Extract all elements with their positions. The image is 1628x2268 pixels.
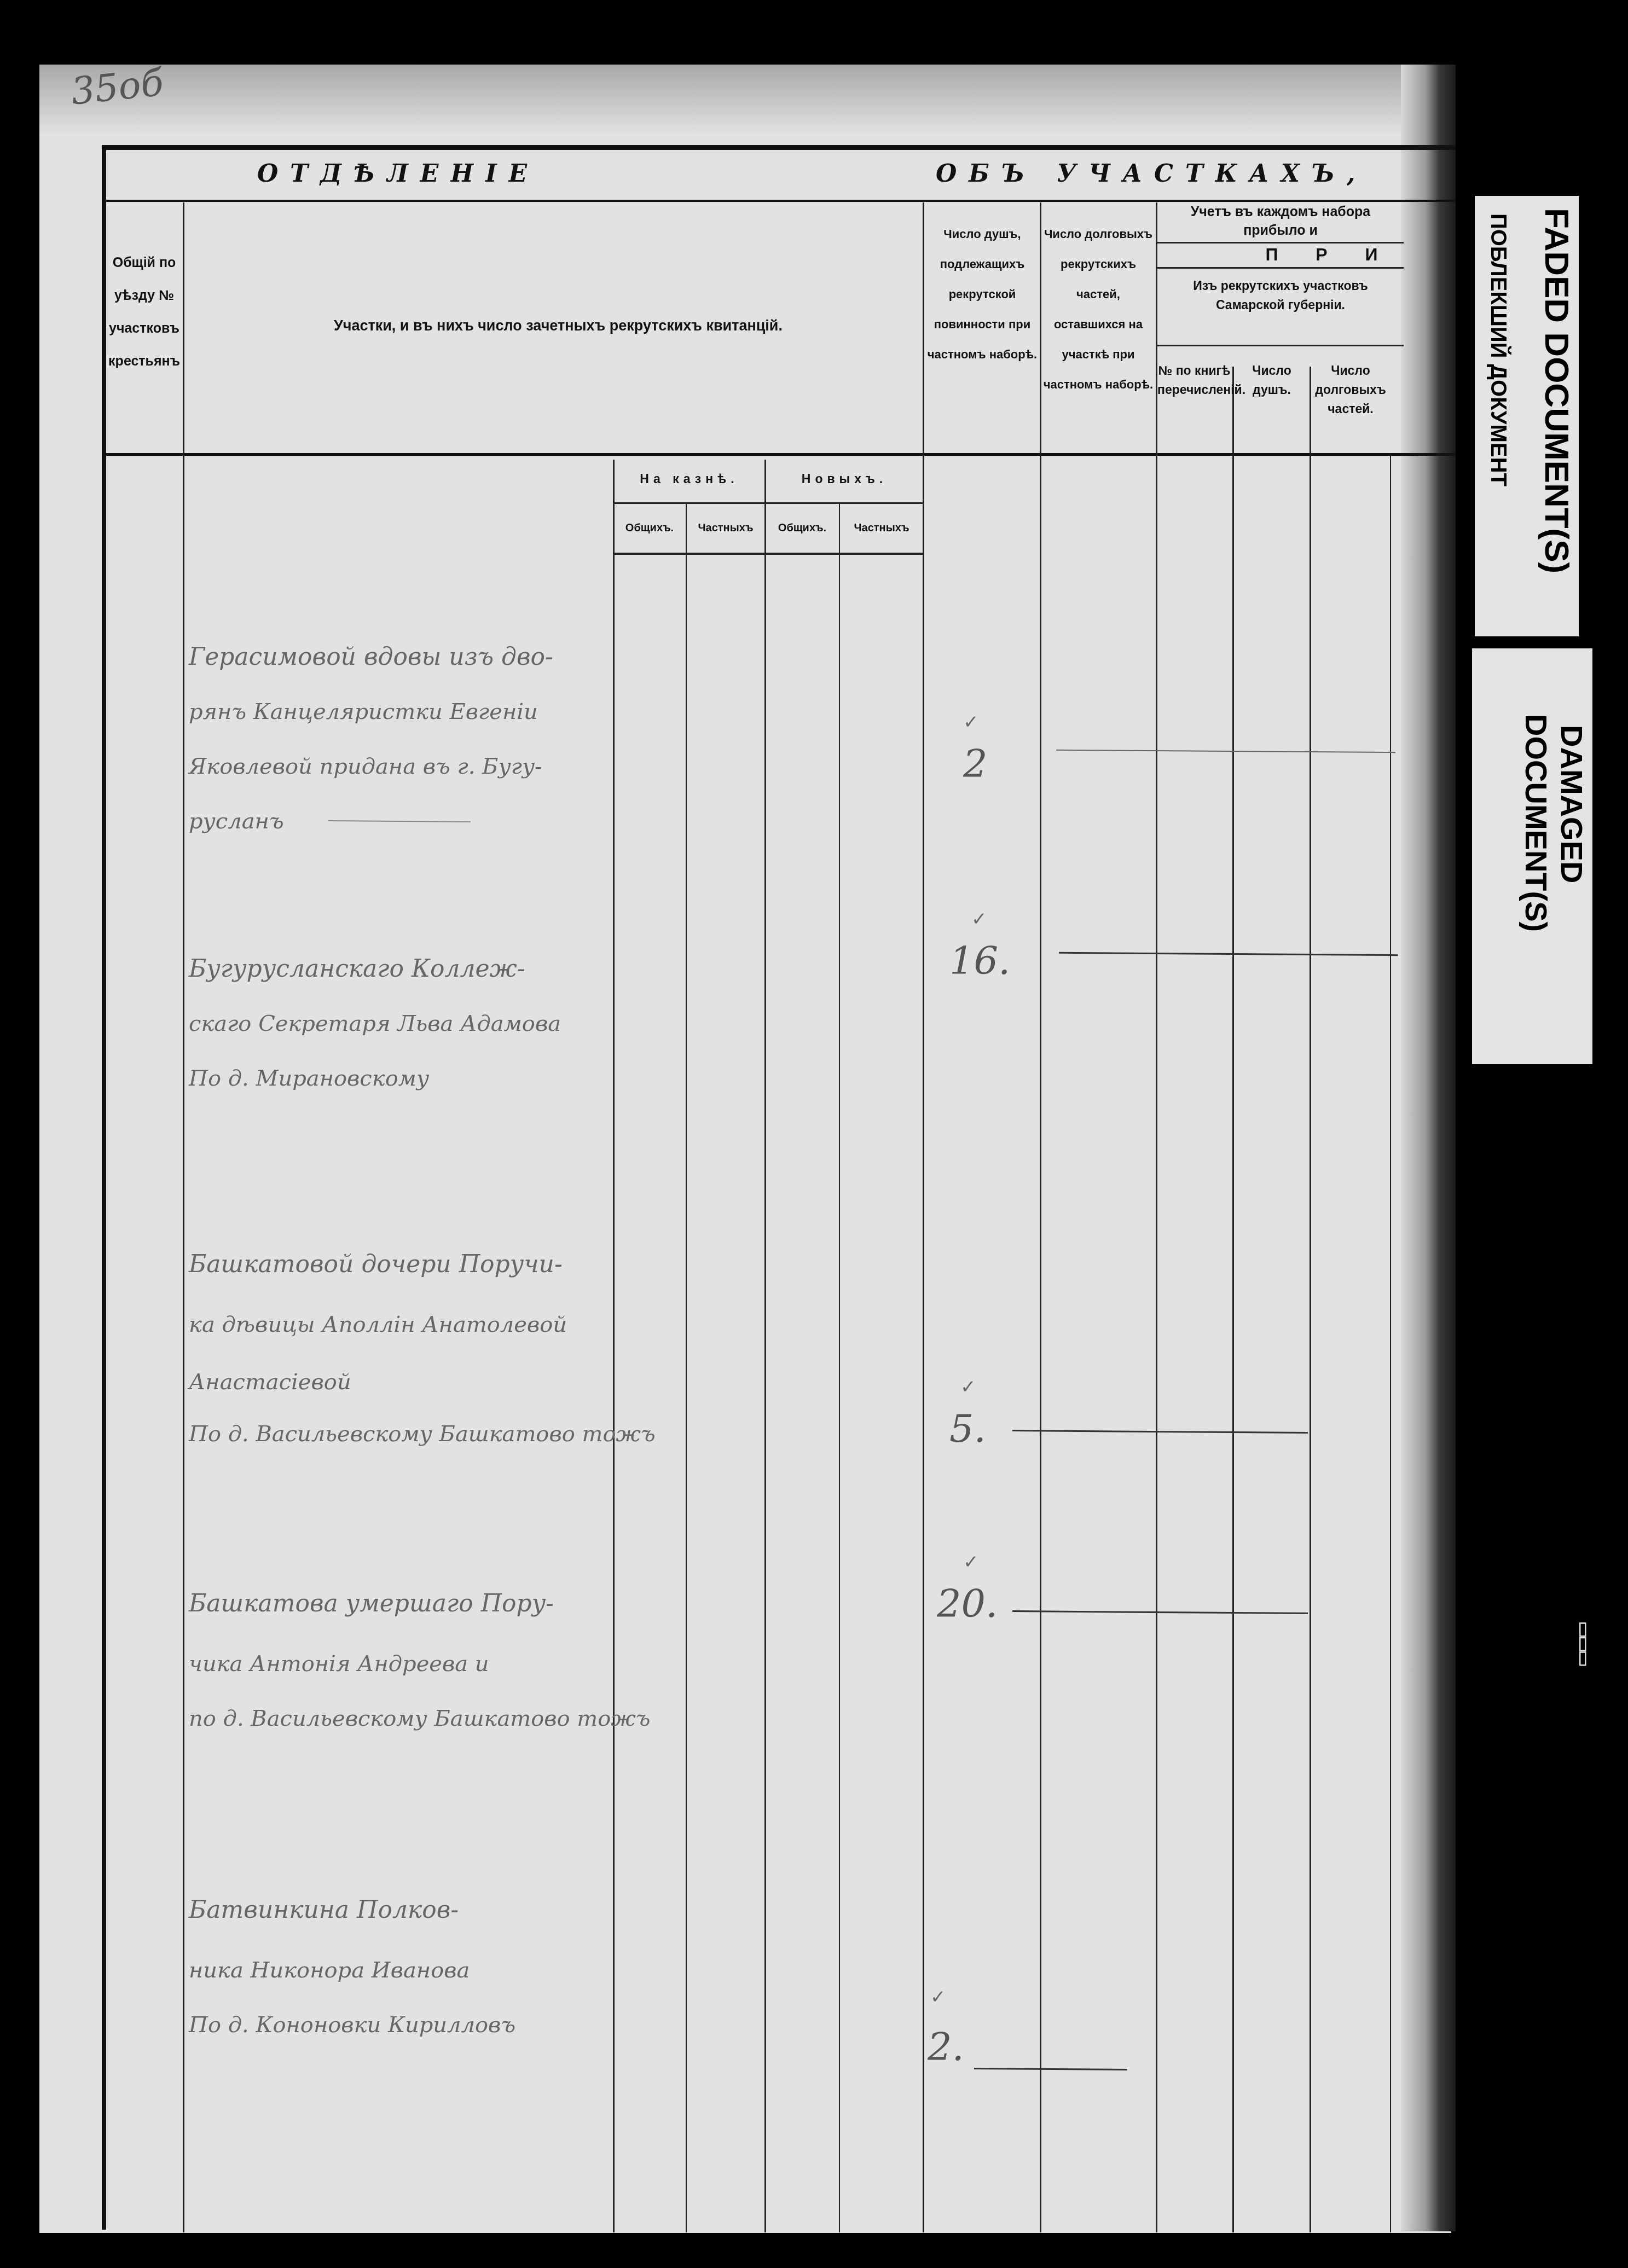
- header-districts: Участки, и въ нихъ число зачетныхъ рекру…: [230, 309, 887, 342]
- col-divider-2: [923, 202, 924, 2232]
- col-divider-1: [183, 202, 184, 2232]
- check-mark-icon: ✓: [963, 711, 979, 733]
- row-text-line: Анастасіевой: [189, 1354, 351, 1410]
- row-text-line: рянъ Канцеляристки Евгеніи: [189, 684, 538, 740]
- page-top-shadow: [39, 65, 1451, 136]
- row-text-line: Башкатовой дочери Поручи-: [189, 1237, 563, 1292]
- damaged-document-label-2: DOCUMENT(S): [1519, 714, 1554, 932]
- faded-document-label: FADED DOCUMENT(S): [1537, 208, 1576, 573]
- souls-value: 2.: [928, 2025, 964, 2069]
- row-text-line: скаго Секретаря Льва Адамова: [189, 996, 561, 1052]
- header-district-number: Общій по уѣзду № участковъ крестьянъ: [107, 246, 181, 378]
- check-mark-icon: ✓: [971, 908, 987, 930]
- header-book-number: № по книгѣ перечисленій.: [1157, 361, 1231, 399]
- header-long-parts: Число долговыхъ рекрутскихъ частей, оста…: [1042, 219, 1154, 399]
- receipts-chastnykh-2: Частныхъ: [841, 519, 923, 538]
- row-text-line: Башкатова умершаго Пору-: [189, 1576, 554, 1632]
- header-sub-souls: Число душъ.: [1236, 361, 1308, 399]
- damaged-document-label: DAMAGED: [1554, 725, 1590, 883]
- receipt-col-divider-b: [686, 503, 687, 2232]
- receipts-na-kazne: На казнѣ.: [614, 469, 764, 489]
- col-divider-4: [1156, 202, 1157, 2232]
- col-divider-5: [1232, 367, 1234, 2232]
- receipt-col-divider-a: [613, 460, 615, 2232]
- receipts-obshchikh-1: Общихъ.: [614, 519, 685, 538]
- page-binding-edge: [1401, 65, 1456, 2231]
- row-text-line: По д. Мирановскому: [189, 1051, 429, 1106]
- check-mark-icon: ✓: [930, 1986, 946, 2008]
- row-text-line: русланъ: [189, 793, 284, 849]
- check-mark-icon: ✓: [960, 1376, 976, 1398]
- souls-value: 2: [963, 741, 988, 786]
- row-text-line: По д. Васильевскому Башкатово тожъ: [189, 1406, 656, 1462]
- check-mark-icon: ✓: [963, 1551, 979, 1573]
- souls-value: 5.: [949, 1406, 986, 1451]
- receipt-col-divider-d: [839, 503, 840, 2232]
- section-title-right: ОБЪ УЧАСТКАХЪ,: [936, 160, 1367, 188]
- row-text-line: Бугурусланскаго Коллеж-: [189, 941, 525, 997]
- col-divider-6: [1310, 367, 1311, 2232]
- row-text-line: Герасимовой вдовы изъ дво-: [189, 629, 553, 685]
- header-bottom-divider: [104, 453, 1456, 456]
- film-frame-marks: ▭▭▭: [1576, 1622, 1592, 1666]
- row-text-line: ка дѣвицы Аполлін Анатолевой: [189, 1297, 567, 1353]
- header-from-samara: Изъ рекрутскихъ участковъ Самарской губе…: [1177, 276, 1384, 315]
- receipt-line-2: [614, 553, 923, 555]
- header-sub-long-parts: Число долговыхъ частей.: [1312, 361, 1389, 419]
- receipts-novykh: Новыхъ.: [766, 469, 923, 489]
- row-text-line: По д. Кононовки Кирилловъ: [189, 1997, 515, 2053]
- souls-value: 16.: [949, 938, 1010, 983]
- row-text-line: Батвинкина Полков-: [189, 1882, 459, 1938]
- header-account-group: Учетъ въ каждомъ набора прибыло и: [1171, 202, 1390, 240]
- row-text-line: Яковлевой придана въ г. Бугу-: [189, 739, 542, 794]
- col-divider-3: [1040, 202, 1041, 2232]
- group-line-3: [1157, 345, 1404, 346]
- frame-left-border: [102, 145, 106, 2230]
- header-pri: П Р И: [1248, 241, 1412, 268]
- receipt-col-divider-c: [764, 460, 766, 2232]
- col-divider-7: [1390, 454, 1391, 2232]
- row-text-line: чика Антонія Андреева и: [189, 1636, 489, 1692]
- section-title-left: ОТДѢЛЕНІЕ: [257, 160, 539, 188]
- receipt-line-1: [614, 502, 923, 504]
- header-souls: Число душъ, подлежащихъ рекрутской повин…: [926, 219, 1039, 369]
- souls-value: 20.: [937, 1581, 998, 1626]
- faded-document-label-ru: ПОБЛЕКШИЙ ДОКУМЕНТ: [1486, 213, 1510, 486]
- row-text-line: ника Никонора Иванова: [189, 1942, 470, 1998]
- title-divider: [104, 200, 1456, 202]
- frame-top-border: [104, 145, 1456, 150]
- receipts-obshchikh-2: Общихъ.: [766, 519, 838, 538]
- row-text-line: по д. Васильевскому Башкатово тожъ: [189, 1691, 651, 1747]
- receipts-chastnykh-1: Частныхъ: [687, 519, 764, 538]
